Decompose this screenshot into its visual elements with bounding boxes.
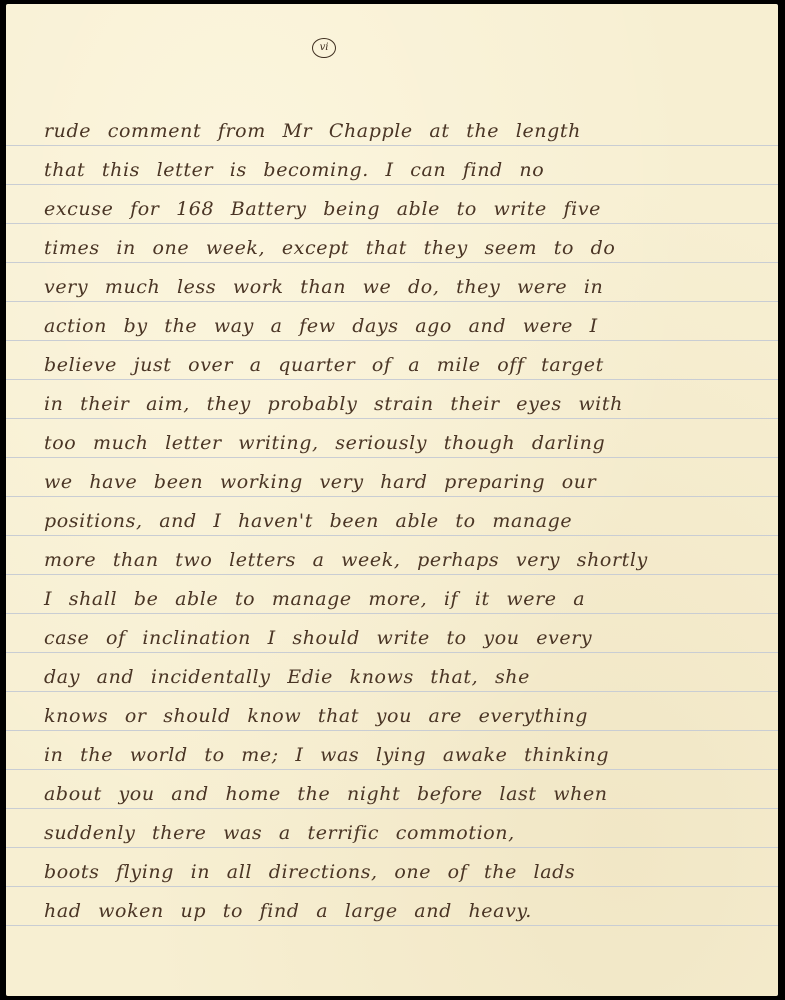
text-line: very much less work than we do, they wer… [44,272,770,302]
text-line: too much letter writing, seriously thoug… [44,428,770,458]
text-line: about you and home the night before last… [44,779,770,809]
text-line: I shall be able to manage more, if it we… [44,584,770,614]
text-line: knows or should know that you are everyt… [44,701,770,731]
text-line: rude comment from Mr Chapple at the leng… [44,116,770,146]
text-line: suddenly there was a terrific commotion, [44,818,770,848]
text-line: in the world to me; I was lying awake th… [44,740,770,770]
letter-page: vi rude comment from Mr Chapple at the l… [6,4,778,996]
text-line: boots flying in all directions, one of t… [44,857,770,887]
text-line: day and incidentally Edie knows that, sh… [44,662,770,692]
page-number-circled: vi [312,38,336,58]
text-line: positions, and I haven't been able to ma… [44,506,770,536]
text-line: action by the way a few days ago and wer… [44,311,770,341]
text-line: had woken up to find a large and heavy. [44,896,770,926]
text-line: excuse for 168 Battery being able to wri… [44,194,770,224]
text-line: we have been working very hard preparing… [44,467,770,497]
text-line: more than two letters a week, perhaps ve… [44,545,770,575]
text-line: case of inclination I should write to yo… [44,623,770,653]
text-line: times in one week, except that they seem… [44,233,770,263]
text-line: that this letter is becoming. I can find… [44,155,770,185]
text-line: in their aim, they probably strain their… [44,389,770,419]
text-line: believe just over a quarter of a mile of… [44,350,770,380]
